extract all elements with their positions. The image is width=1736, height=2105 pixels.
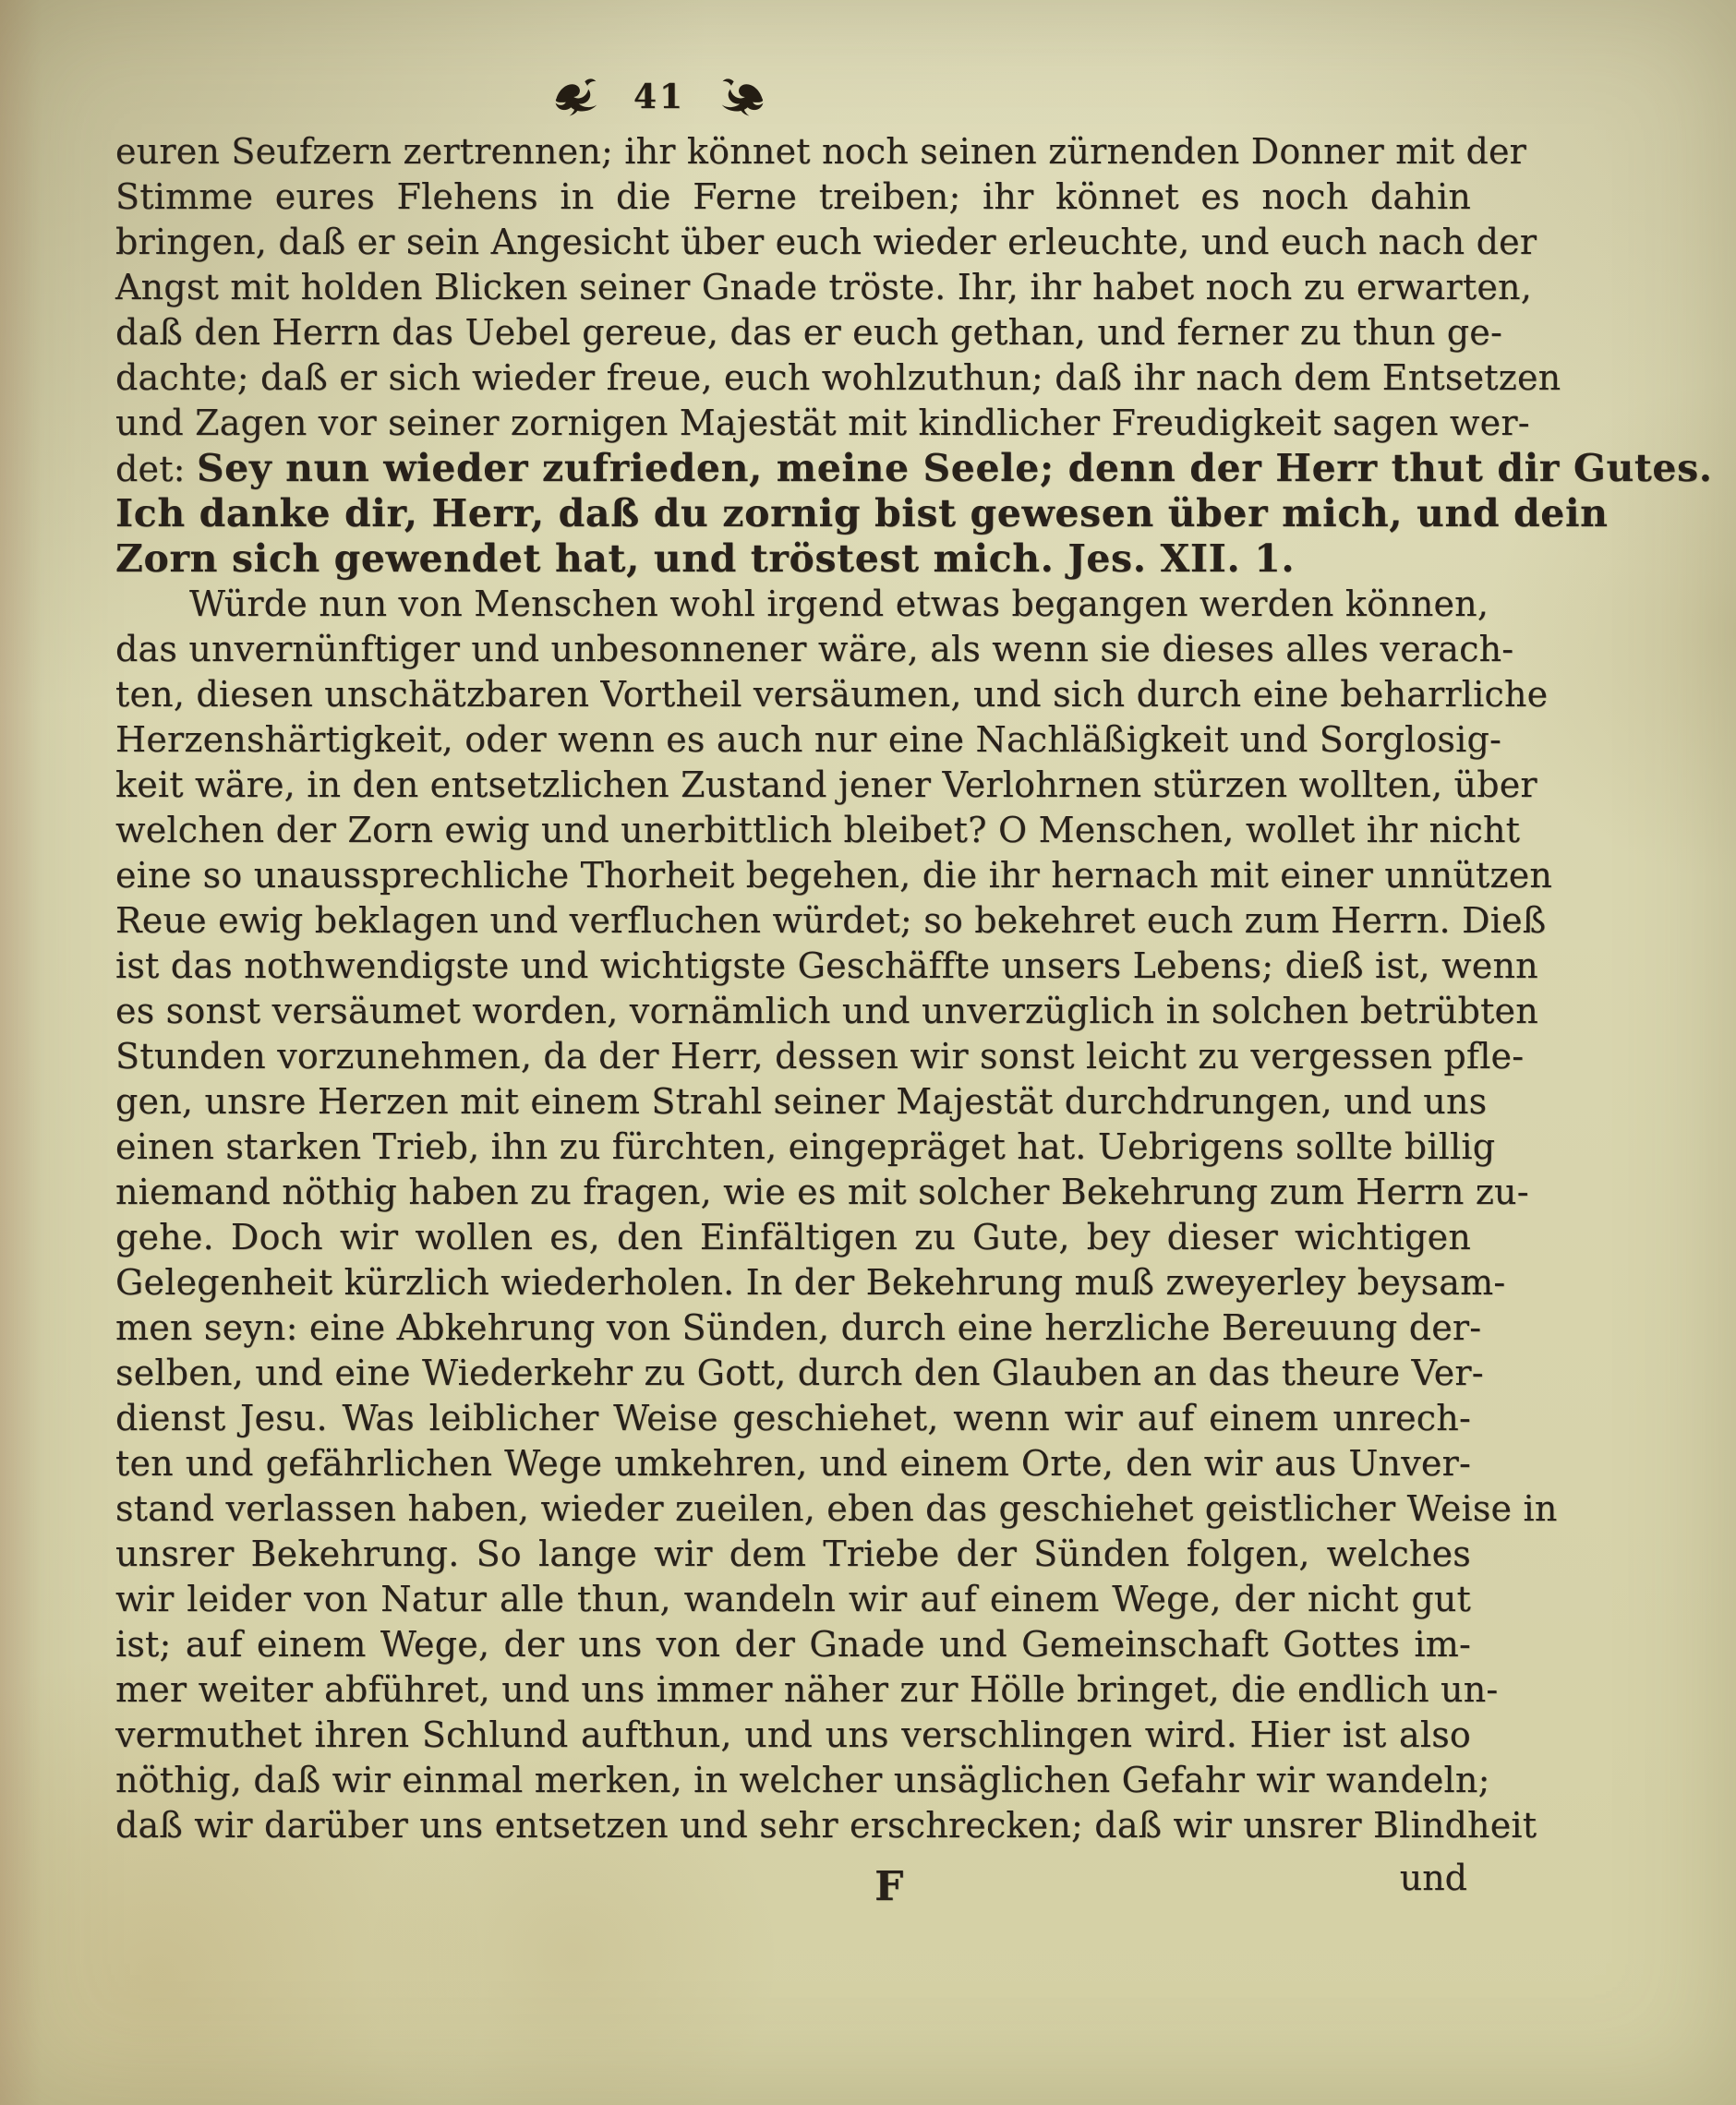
body-text: ten und gefährlichen Wege umkehren, und … [115, 1443, 1471, 1484]
emphasized-text: Sey nun wieder zufrieden, meine Seele; d… [197, 446, 1713, 490]
text-line: euren Seufzern zertrennen; ihr könnet no… [115, 129, 1471, 174]
body-text: wir leider von Natur alle thun, wandeln … [115, 1579, 1471, 1619]
body-text: Gelegenheit kürzlich wiederholen. In der… [115, 1262, 1505, 1303]
body-text: gen, unsre Herzen mit einem Strahl seine… [115, 1081, 1487, 1122]
body-text: nöthig, daß wir einmal merken, in welche… [115, 1760, 1490, 1800]
body-text: gehe. Doch wir wollen es, den Einfältige… [115, 1217, 1471, 1257]
text-line: es sonst versäumet worden, vornämlich un… [115, 989, 1471, 1034]
body-text: stand verlassen haben, wieder zueilen, e… [115, 1488, 1558, 1529]
body-text: dienst Jesu. Was leiblicher Weise geschi… [115, 1398, 1471, 1438]
emphasized-text: Zorn sich gewendet hat, und tröstest mic… [115, 536, 1295, 581]
book-page-scan: 41 euren Seufzern zertrennen; ihr könnet… [0, 0, 1736, 2105]
paragraphs: euren Seufzern zertrennen; ihr könnet no… [115, 129, 1471, 1848]
text-line: ist; auf einem Wege, der uns von der Gna… [115, 1622, 1471, 1667]
body-text: mer weiter abführet, und uns immer näher… [115, 1669, 1498, 1710]
text-line: det: Sey nun wieder zufrieden, meine See… [115, 446, 1471, 491]
body-text: det: [115, 449, 197, 489]
text-line: Herzenshärtigkeit, oder wenn es auch nur… [115, 717, 1471, 763]
text-line: niemand nöthig haben zu fragen, wie es m… [115, 1170, 1471, 1215]
body-text: daß wir darüber uns entsetzen und sehr e… [115, 1805, 1537, 1846]
text-line: dienst Jesu. Was leiblicher Weise geschi… [115, 1396, 1471, 1441]
paragraph: Würde nun von Menschen wohl irgend etwas… [115, 582, 1471, 1848]
body-text: Herzenshärtigkeit, oder wenn es auch nur… [115, 719, 1501, 760]
body-text: dachte; daß er sich wieder freue, euch w… [115, 357, 1561, 398]
text-line: mer weiter abführet, und uns immer näher… [115, 1667, 1471, 1713]
text-line: gen, unsre Herzen mit einem Strahl seine… [115, 1079, 1471, 1125]
body-text: ist; auf einem Wege, der uns von der Gna… [115, 1624, 1471, 1665]
body-text: niemand nöthig haben zu fragen, wie es m… [115, 1172, 1529, 1212]
fleuron-icon [550, 76, 602, 118]
text-line: Gelegenheit kürzlich wiederholen. In der… [115, 1260, 1471, 1305]
body-text: euren Seufzern zertrennen; ihr könnet no… [115, 131, 1526, 172]
text-line: wir leider von Natur alle thun, wandeln … [115, 1577, 1471, 1622]
body-text: einen starken Trieb, ihn zu fürchten, ei… [115, 1126, 1495, 1167]
page-footer: F und [115, 1858, 1471, 1922]
fleuron-icon [717, 76, 768, 118]
text-line: stand verlassen haben, wieder zueilen, e… [115, 1486, 1471, 1532]
body-text: Stunden vorzunehmen, da der Herr, dessen… [115, 1036, 1524, 1077]
body-text: Angst mit holden Blicken seiner Gnade tr… [115, 267, 1532, 307]
running-head: 41 [550, 70, 768, 124]
text-line: ten und gefährlichen Wege umkehren, und … [115, 1441, 1471, 1486]
body-text: unsrer Bekehrung. So lange wir dem Trieb… [115, 1534, 1471, 1574]
body-text: bringen, daß er sein Angesicht über euch… [115, 222, 1537, 262]
text-line: selben, und eine Wiederkehr zu Gott, dur… [115, 1351, 1471, 1396]
text-line: vermuthet ihren Schlund aufthun, und uns… [115, 1713, 1471, 1758]
text-line: ist das nothwendigste und wichtigste Ges… [115, 944, 1471, 989]
text-line: dachte; daß er sich wieder freue, euch w… [115, 355, 1471, 401]
body-text: welchen der Zorn ewig und unerbittlich b… [115, 810, 1520, 850]
page-number: 41 [633, 78, 685, 116]
text-line: daß wir darüber uns entsetzen und sehr e… [115, 1803, 1471, 1848]
body-text: eine so unaussprechliche Thorheit begehe… [115, 855, 1552, 896]
body-text: ten, diesen unschätzbaren Vortheil versä… [115, 674, 1548, 715]
text-line: und Zagen vor seiner zornigen Majestät m… [115, 401, 1471, 446]
text-line: men seyn: eine Abkehrung von Sünden, dur… [115, 1305, 1471, 1351]
text-line: daß den Herrn das Uebel gereue, das er e… [115, 310, 1471, 355]
text-line: welchen der Zorn ewig und unerbittlich b… [115, 808, 1471, 853]
text-line: Würde nun von Menschen wohl irgend etwas… [115, 582, 1471, 627]
text-line: gehe. Doch wir wollen es, den Einfältige… [115, 1215, 1471, 1260]
body-text: Reue ewig beklagen und verfluchen würdet… [115, 900, 1546, 941]
paragraph: euren Seufzern zertrennen; ihr könnet no… [115, 129, 1471, 582]
signature-mark: F [874, 1863, 903, 1910]
text-line: nöthig, daß wir einmal merken, in welche… [115, 1758, 1471, 1803]
catchword: und [1400, 1858, 1467, 1898]
text-line: das unvernünftiger und unbesonnener wäre… [115, 627, 1471, 672]
body-text: Würde nun von Menschen wohl irgend etwas… [189, 583, 1489, 624]
text-line: Reue ewig beklagen und verfluchen würdet… [115, 898, 1471, 944]
text-line: ten, diesen unschätzbaren Vortheil versä… [115, 672, 1471, 717]
body-text: vermuthet ihren Schlund aufthun, und uns… [115, 1714, 1471, 1755]
emphasized-text: Ich danke dir, Herr, daß du zornig bist … [115, 491, 1609, 535]
body-text: es sonst versäumet worden, vornämlich un… [115, 991, 1538, 1031]
text-line: Angst mit holden Blicken seiner Gnade tr… [115, 265, 1471, 310]
body-text: ist das nothwendigste und wichtigste Ges… [115, 945, 1538, 986]
body-text: men seyn: eine Abkehrung von Sünden, dur… [115, 1307, 1481, 1348]
body-text: keit wäre, in den entsetzlichen Zustand … [115, 764, 1537, 805]
text-line: Stunden vorzunehmen, da der Herr, dessen… [115, 1034, 1471, 1079]
text-line: Stimme eures Flehens in die Ferne treibe… [115, 174, 1471, 220]
text-line: bringen, daß er sein Angesicht über euch… [115, 220, 1471, 265]
text-line: Zorn sich gewendet hat, und tröstest mic… [115, 536, 1471, 582]
text-line: keit wäre, in den entsetzlichen Zustand … [115, 763, 1471, 808]
text-line: eine so unaussprechliche Thorheit begehe… [115, 853, 1471, 898]
text-line: einen starken Trieb, ihn zu fürchten, ei… [115, 1125, 1471, 1170]
body-text: selben, und eine Wiederkehr zu Gott, dur… [115, 1353, 1484, 1393]
body-text: Stimme eures Flehens in die Ferne treibe… [115, 176, 1471, 217]
body-text: das unvernünftiger und unbesonnener wäre… [115, 629, 1513, 669]
text-line: unsrer Bekehrung. So lange wir dem Trieb… [115, 1532, 1471, 1577]
body-text: und Zagen vor seiner zornigen Majestät m… [115, 403, 1530, 443]
text-line: Ich danke dir, Herr, daß du zornig bist … [115, 491, 1471, 536]
body-text: daß den Herrn das Uebel gereue, das er e… [115, 312, 1502, 353]
